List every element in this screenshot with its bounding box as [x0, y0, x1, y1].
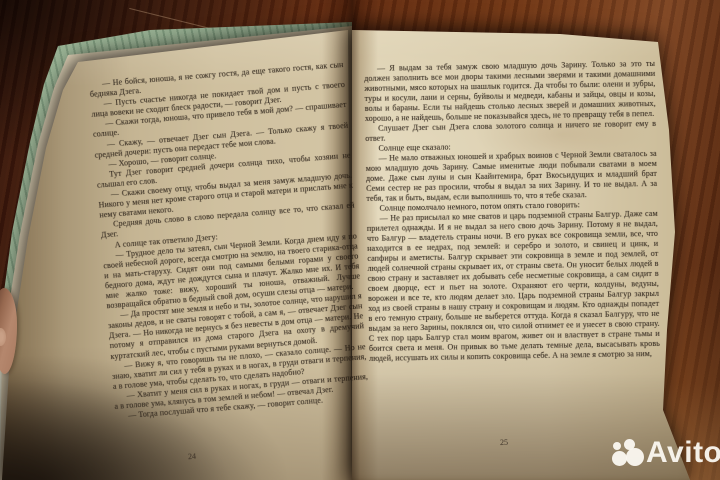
fingernail [0, 328, 6, 346]
left-page-number: 24 [188, 452, 197, 462]
right-page-text: — Я выдам за тебя замуж свою младшую доч… [364, 59, 660, 364]
paragraph: — Не раз присылал ко мне сватов и царь п… [367, 209, 661, 364]
right-page-number: 25 [500, 438, 508, 447]
avito-logo-circle [613, 442, 621, 450]
avito-watermark: Avito [610, 436, 720, 478]
avito-logo-icon [610, 438, 646, 470]
avito-logo-circle [612, 451, 627, 466]
paragraph: — Я выдам за тебя замуж свою младшую доч… [364, 59, 656, 124]
book-gutter-shadow [322, 0, 378, 480]
avito-watermark-text: Avito [646, 436, 720, 470]
avito-logo-circle [626, 448, 644, 466]
book-photo: — Не бойся, юноша, я не сожгу гостя, да … [0, 0, 720, 480]
paragraph: — Не мало отважных юношей и храбрых воин… [366, 149, 658, 204]
